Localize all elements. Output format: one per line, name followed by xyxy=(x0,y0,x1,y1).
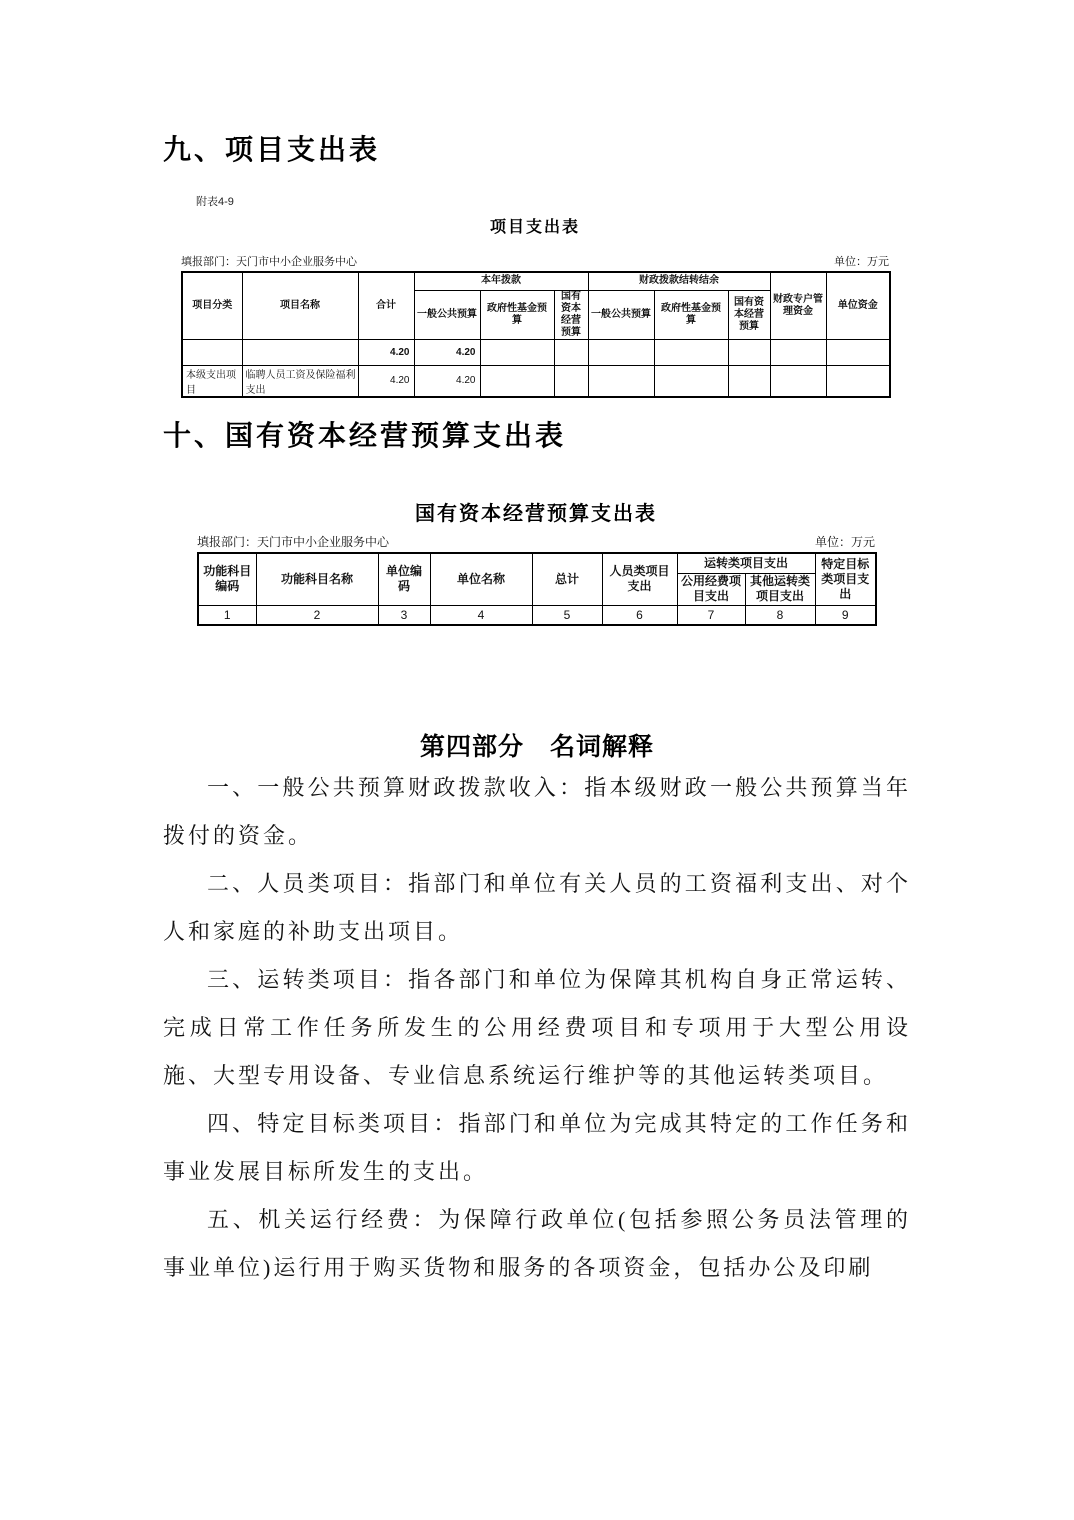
cell-unit-funds xyxy=(826,339,890,365)
col-header-specific-goal: 特定目标类项目支出 xyxy=(815,553,876,605)
part-four-title: 第四部分 名词解释 xyxy=(0,727,1074,763)
cell-fiscal-account xyxy=(770,339,826,365)
col-number: 3 xyxy=(378,605,430,625)
col-header-unit-funds: 单位资金 xyxy=(826,272,890,339)
col-header-fiscal-account-funds: 财政专户管理资金 xyxy=(770,272,826,339)
col-number: 9 xyxy=(815,605,876,625)
col-header-total: 合计 xyxy=(358,272,414,339)
col-header-cy-general-public: 一般公共预算 xyxy=(414,290,480,339)
state-capital-table-title: 国有资本经营预算支出表 xyxy=(197,497,875,526)
state-capital-table-block: 国有资本经营预算支出表 填报部门：天门市中小企业服务中心 单位：万元 功能科目编… xyxy=(197,497,875,626)
cell-co-capital xyxy=(728,365,770,397)
col-header-project-name: 项目名称 xyxy=(242,272,358,339)
cell-name: 临聘人员工资及保险福利支出 xyxy=(242,365,358,397)
cell-cy-fund xyxy=(480,365,554,397)
col-header-grand-total: 总计 xyxy=(532,553,602,605)
col-header-co-state-capital: 国有资本经营预算 xyxy=(728,290,770,339)
cell-category: 本级支出项目 xyxy=(182,365,242,397)
col-header-co-general-public: 一般公共预算 xyxy=(588,290,654,339)
project-table-dept-label: 填报部门：天门市中小企业服务中心 xyxy=(181,253,357,269)
col-header-co-govt-fund: 政府性基金预算 xyxy=(654,290,728,339)
col-number: 6 xyxy=(602,605,677,625)
col-header-unit-name: 单位名称 xyxy=(430,553,532,605)
glossary-text: 一、一般公共预算财政拨款收入：指本级财政一般公共预算当年拨付的资金。 二、人员类… xyxy=(163,764,911,1292)
glossary-paragraph-5: 五、机关运行经费：为保障行政单位(包括参照公务员法管理的事业单位)运行用于购买货… xyxy=(163,1196,911,1292)
col-group-current-year: 本年拨款 xyxy=(414,272,588,290)
cell-category xyxy=(182,339,242,365)
col-header-other-operation: 其他运转类项目支出 xyxy=(745,573,815,605)
cell-co-general xyxy=(588,365,654,397)
project-table-unit-label: 单位：万元 xyxy=(834,253,889,269)
cell-cy-capital xyxy=(554,365,588,397)
glossary-paragraph-2: 二、人员类项目：指部门和单位有关人员的工资福利支出、对个人和家庭的补助支出项目。 xyxy=(163,860,911,956)
col-header-project-category: 项目分类 xyxy=(182,272,242,339)
col-header-public-expense: 公用经费项目支出 xyxy=(677,573,745,605)
table-row-total: 4.20 4.20 xyxy=(182,339,890,365)
annex-label: 附表4-9 xyxy=(196,193,234,209)
col-number: 7 xyxy=(677,605,745,625)
col-number: 8 xyxy=(745,605,815,625)
cell-co-general xyxy=(588,339,654,365)
col-header-cy-state-capital: 国有资本经营预算 xyxy=(554,290,588,339)
column-number-row: 1 2 3 4 5 6 7 8 9 xyxy=(198,605,876,625)
cell-cy-capital xyxy=(554,339,588,365)
cell-cy-fund xyxy=(480,339,554,365)
cell-fiscal-account xyxy=(770,365,826,397)
col-group-operation: 运转类项目支出 xyxy=(677,553,815,573)
glossary-paragraph-1: 一、一般公共预算财政拨款收入：指本级财政一般公共预算当年拨付的资金。 xyxy=(163,764,911,860)
cell-total: 4.20 xyxy=(358,339,414,365)
col-header-personnel: 人员类项目支出 xyxy=(602,553,677,605)
cell-name xyxy=(242,339,358,365)
project-table-meta: 填报部门：天门市中小企业服务中心 单位：万元 xyxy=(181,253,889,269)
project-expenditure-table: 项目分类 项目名称 合计 本年拨款 财政拨款结转结余 财政专户管理资金 单位资金… xyxy=(181,271,891,398)
col-header-unit-code: 单位编码 xyxy=(378,553,430,605)
col-number: 1 xyxy=(198,605,256,625)
col-group-carryover: 财政拨款结转结余 xyxy=(588,272,770,290)
document-page: 九、项目支出表 附表4-9 项目支出表 填报部门：天门市中小企业服务中心 单位：… xyxy=(0,0,1074,1520)
cell-co-fund xyxy=(654,365,728,397)
col-number: 2 xyxy=(256,605,378,625)
cell-co-capital xyxy=(728,339,770,365)
col-header-cy-govt-fund: 政府性基金预算 xyxy=(480,290,554,339)
section-nine-heading: 九、项目支出表 xyxy=(163,128,380,168)
col-number: 5 xyxy=(532,605,602,625)
glossary-paragraph-4: 四、特定目标类项目：指部门和单位为完成其特定的工作任务和事业发展目标所发生的支出… xyxy=(163,1100,911,1196)
col-number: 4 xyxy=(430,605,532,625)
cell-cy-general: 4.20 xyxy=(414,339,480,365)
col-header-func-name: 功能科目名称 xyxy=(256,553,378,605)
state-capital-table-meta: 填报部门：天门市中小企业服务中心 单位：万元 xyxy=(197,533,875,550)
cell-cy-general: 4.20 xyxy=(414,365,480,397)
project-table-title: 项目支出表 xyxy=(181,214,889,237)
col-header-func-code: 功能科目编码 xyxy=(198,553,256,605)
state-capital-dept-label: 填报部门：天门市中小企业服务中心 xyxy=(197,533,389,550)
table-row-item: 本级支出项目 临聘人员工资及保险福利支出 4.20 4.20 xyxy=(182,365,890,397)
state-capital-unit-label: 单位：万元 xyxy=(815,533,875,550)
state-capital-expenditure-table: 功能科目编码 功能科目名称 单位编码 单位名称 总计 人员类项目支出 运转类项目… xyxy=(197,552,877,626)
cell-total: 4.20 xyxy=(358,365,414,397)
cell-unit-funds xyxy=(826,365,890,397)
section-ten-heading: 十、国有资本经营预算支出表 xyxy=(163,414,566,454)
cell-co-fund xyxy=(654,339,728,365)
glossary-paragraph-3: 三、运转类项目：指各部门和单位为保障其机构自身正常运转、完成日常工作任务所发生的… xyxy=(163,956,911,1100)
project-expenditure-table-block: 项目支出表 填报部门：天门市中小企业服务中心 单位：万元 项目分类 项目名称 合… xyxy=(181,214,889,398)
